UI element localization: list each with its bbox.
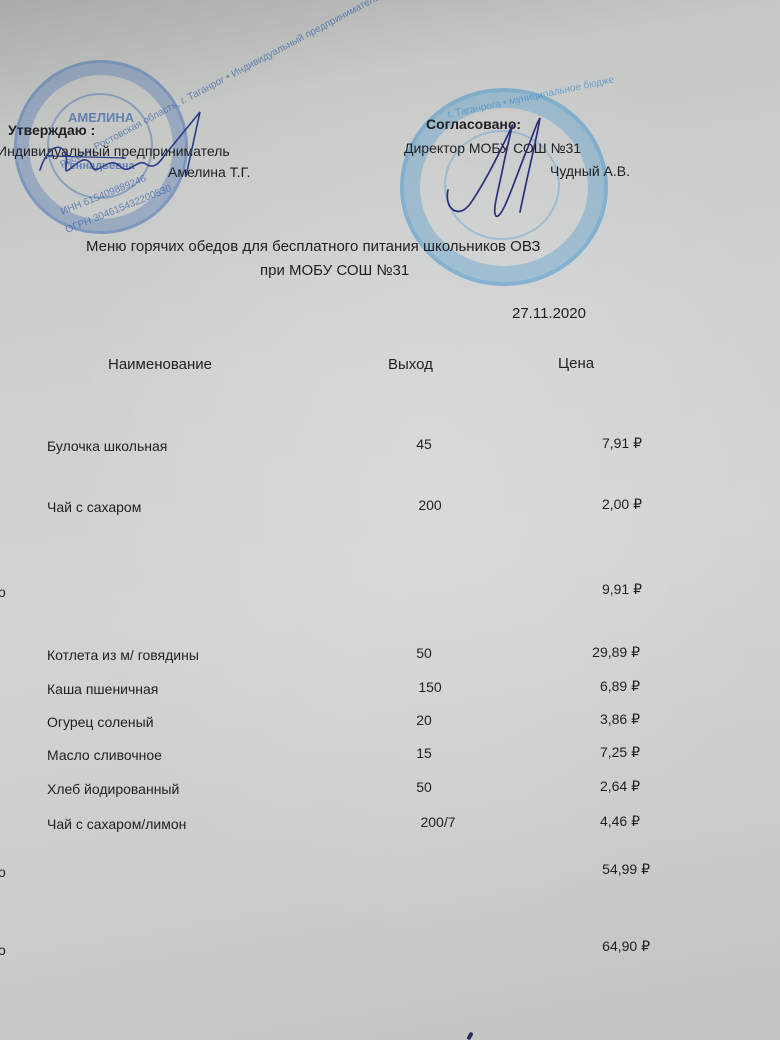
- item-yield: 45: [384, 436, 464, 452]
- item-price: 7,91 ₽: [552, 435, 642, 452]
- item-price: 6,89 ₽: [550, 678, 640, 695]
- column-header-price: Цена: [558, 355, 594, 372]
- item-name: Каша пшеничная: [47, 681, 158, 697]
- approval-right-heading: Согласовано:: [426, 116, 521, 132]
- document-title-line1: Меню горячих обедов для бесплатного пита…: [86, 238, 540, 255]
- item-price: 2,64 ₽: [550, 778, 640, 795]
- item-name: Чай с сахаром: [47, 499, 141, 515]
- approval-right-name: Чудный А.В.: [550, 163, 630, 179]
- approval-left-heading: Утверждаю :: [8, 122, 95, 138]
- total-label-fragment: о: [0, 942, 6, 958]
- item-yield: 15: [384, 745, 464, 761]
- item-price: 3,86 ₽: [550, 711, 640, 728]
- column-header-yield: Выход: [388, 356, 433, 373]
- item-name: Чай с сахаром/лимон: [47, 816, 186, 832]
- item-yield: 50: [384, 645, 464, 661]
- section-1-total-price: 9,91 ₽: [552, 581, 642, 598]
- total-label-fragment: о: [0, 864, 6, 880]
- item-yield: 20: [384, 712, 464, 728]
- item-yield: 50: [384, 779, 464, 795]
- approval-left-position: Индивидуальный предприниматель: [0, 143, 230, 159]
- item-price: 4,46 ₽: [550, 813, 640, 830]
- approval-right-position: Директор МОБУ СОШ №31: [404, 140, 581, 156]
- item-name: Хлеб йодированный: [47, 781, 179, 797]
- item-price: 2,00 ₽: [552, 496, 642, 513]
- item-yield: 200: [390, 497, 470, 513]
- item-name: Булочка школьная: [47, 438, 167, 454]
- approval-left-name: Амелина Т.Г.: [168, 164, 250, 180]
- item-price: 29,89 ₽: [550, 644, 640, 661]
- pen-mark: [466, 1032, 473, 1040]
- stamp-center-line2: Геннадьевна: [64, 160, 135, 172]
- item-name: Огурец соленый: [47, 714, 154, 730]
- section-2-total-price: 54,99 ₽: [560, 861, 650, 878]
- item-yield: 150: [390, 679, 470, 695]
- item-name: Котлета из м/ говядины: [47, 647, 199, 663]
- column-header-name: Наименование: [108, 356, 212, 373]
- item-yield: 200/7: [398, 814, 478, 830]
- item-name: Масло сливочное: [47, 747, 162, 763]
- grand-total-price: 64,90 ₽: [560, 938, 650, 955]
- stamp-ring-text: г. Таганрога • муниципальное бюджетное о…: [447, 74, 616, 120]
- document-title-line2: при МОБУ СОШ №31: [260, 262, 409, 279]
- item-price: 7,25 ₽: [550, 744, 640, 761]
- document-date: 27.11.2020: [512, 305, 586, 322]
- total-label-fragment: о: [0, 584, 6, 600]
